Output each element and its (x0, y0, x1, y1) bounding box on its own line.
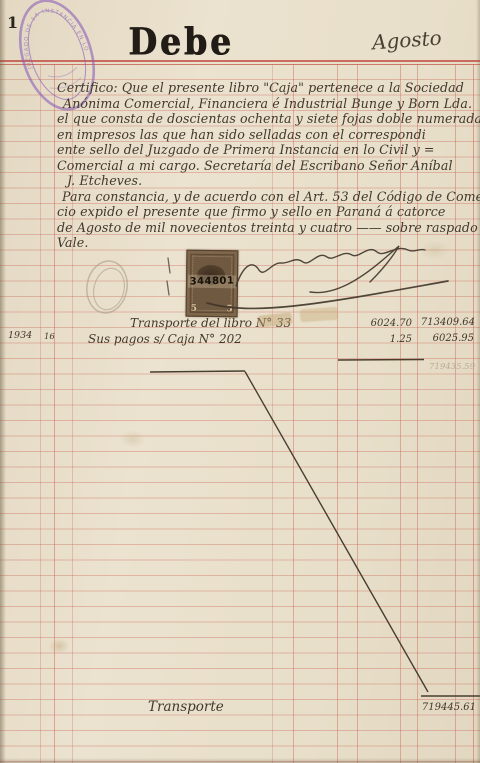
carry-forward-label: Transporte (148, 699, 224, 715)
certificate-line: de Agosto de mil novecientos treinta y c… (57, 220, 478, 236)
certificate-line: en impresos las que han sido selladas co… (57, 127, 478, 143)
certificate-line: J. Etcheves. (67, 173, 478, 189)
certificate-line: ente sello del Juzgado de Primera Instan… (57, 142, 478, 158)
margin-day: 16 (44, 332, 55, 342)
margin-year: 1934 (8, 330, 32, 341)
revenue-stamp-denomination-right: 5 (226, 304, 232, 314)
ledger-page: 1 Debe Agosto JUZGADO DE 1A INSTANCIA EN… (0, 0, 480, 763)
certificate-line: Para constancia, y de acuerdo con el Art… (62, 189, 478, 205)
carry-forward-amount: 719445.61 (422, 702, 476, 713)
entry-amount-payments: 1.25 (390, 334, 412, 345)
entry-amount-payments: 6024.70 (371, 318, 412, 329)
vline-margin-2 (54, 64, 55, 763)
folio-number: 1 (7, 13, 18, 32)
certificate-line: Anónima Comercial, Financiera é Industri… (63, 96, 478, 112)
certificate-line: Vale. (57, 235, 478, 251)
page-edge-bottom (0, 758, 480, 763)
month-label: Agosto (371, 26, 442, 55)
entry-description: Transporte del libro N° 33 (130, 316, 291, 330)
pencil-total-note: 719435.59 (429, 362, 475, 372)
certificate-line: Certifico: Que el presente libro "Caja" … (57, 80, 478, 96)
entry-description: Sus pagos s/ Caja N° 202 (88, 332, 242, 346)
revenue-stamp-serial: 344801 (187, 275, 237, 287)
entry-amount-balance: 6025.95 (433, 333, 474, 344)
certificate-line: el que consta de doscientas ochenta y si… (57, 111, 478, 127)
page-edge-right (476, 0, 480, 763)
entry-amount-balance: 713409.64 (421, 317, 475, 328)
certificate-text: Certifico: Que el presente libro "Caja" … (57, 80, 478, 251)
certificate-line: Comercial a mi cargo. Secretaría del Esc… (57, 158, 478, 174)
debit-side-header: Debe (106, 20, 256, 64)
revenue-stamp-denomination-left: 5 (191, 304, 197, 314)
revenue-stamp: 344801 5 5 (186, 250, 239, 318)
certificate-line: cio expido el presente que firmo y sello… (57, 204, 478, 220)
vline-margin-1 (40, 64, 41, 763)
page-edge-left (0, 0, 6, 763)
